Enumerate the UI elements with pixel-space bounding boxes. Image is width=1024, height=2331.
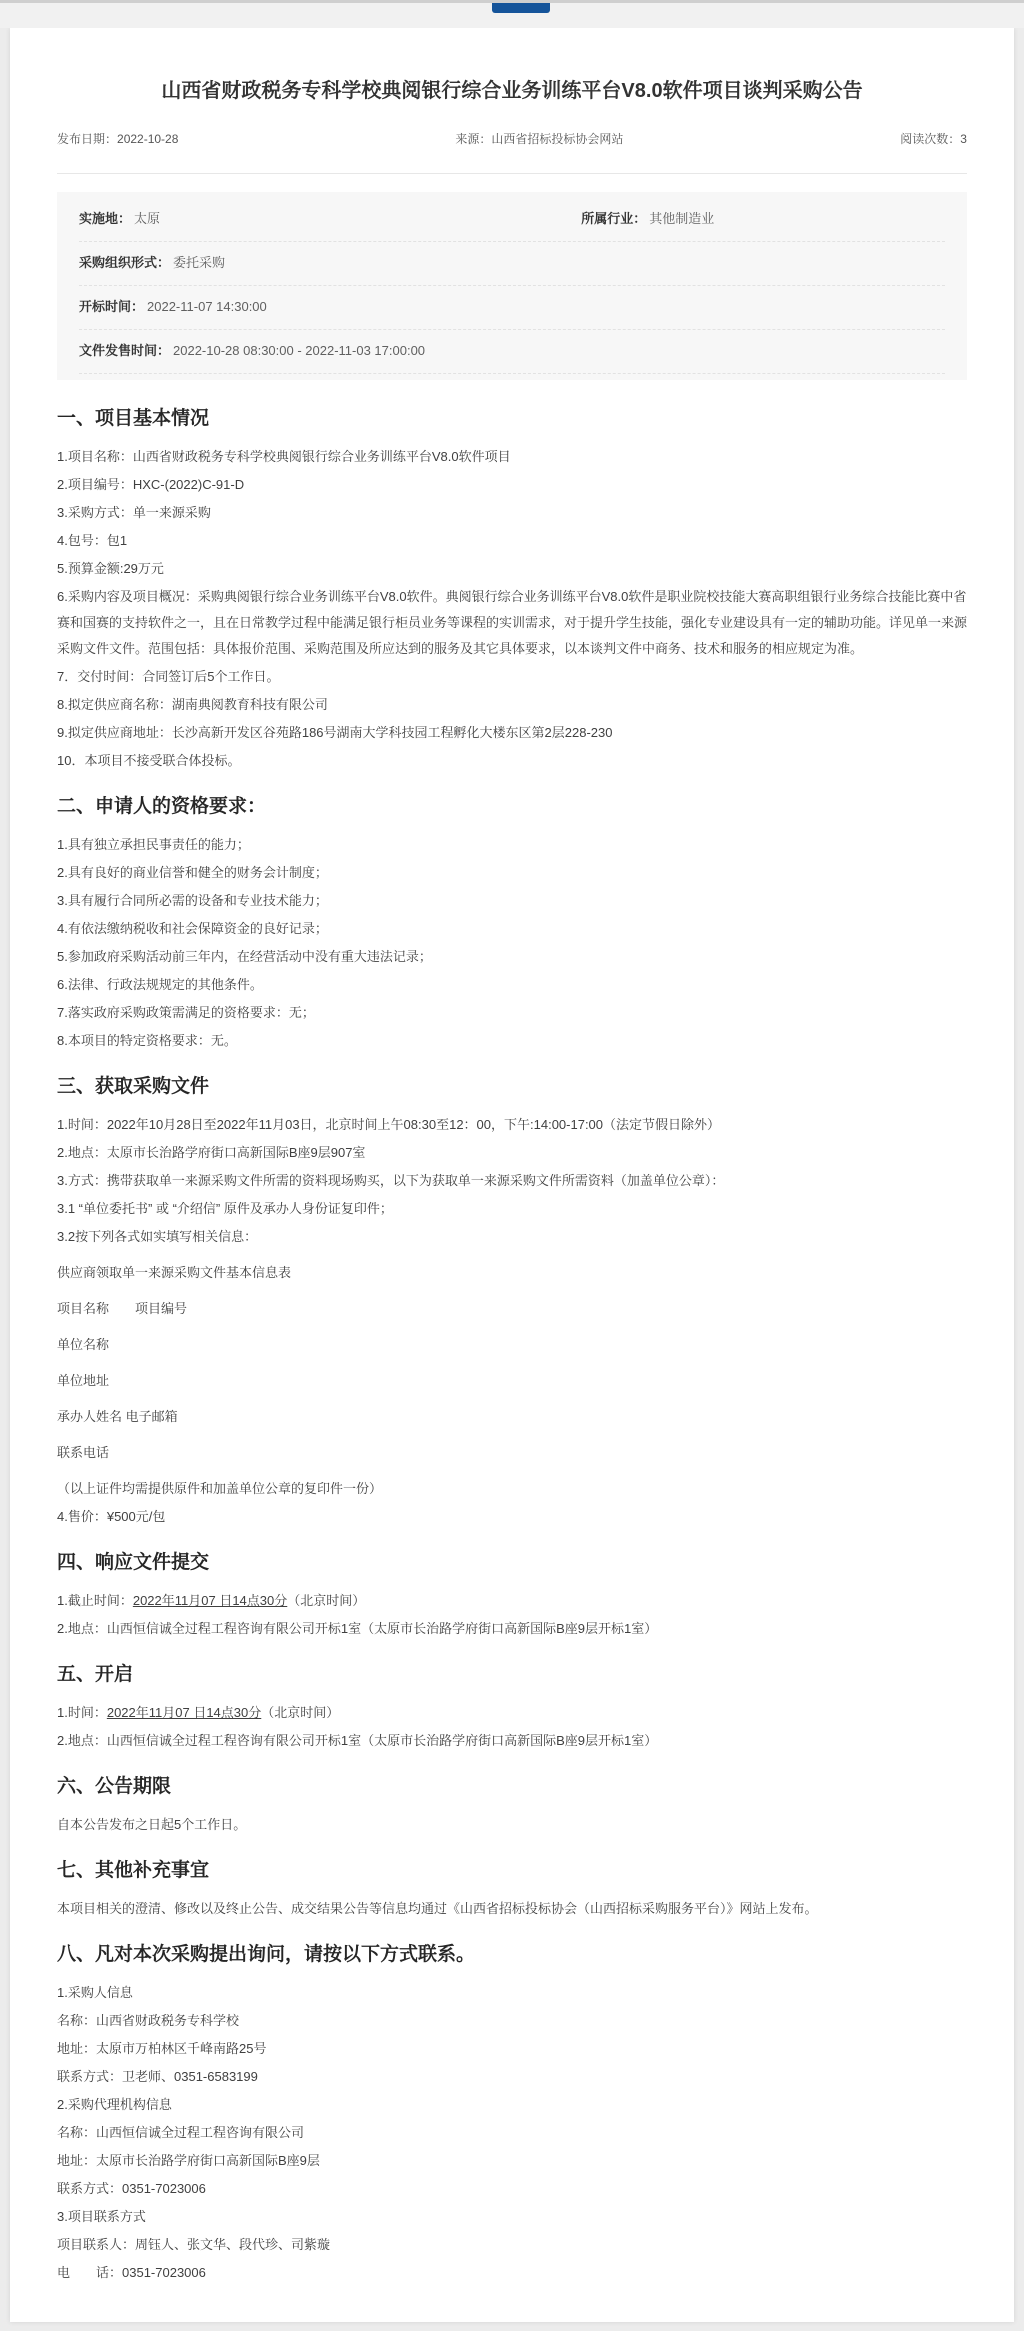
paragraph: 地址：太原市长治路学府街口高新国际B座9层 xyxy=(57,2148,967,2174)
page-title: 山西省财政税务专科学校典阅银行综合业务训练平台V8.0软件项目谈判采购公告 xyxy=(57,58,967,106)
paragraph: 9.拟定供应商地址：长沙高新开发区谷苑路186号湖南大学科技园工程孵化大楼东区第… xyxy=(57,720,967,746)
view-count-label: 阅读次数： xyxy=(900,132,960,146)
publish-date: 发布日期：2022-10-28 xyxy=(57,130,178,147)
form-row: 单位名称 xyxy=(57,1332,967,1358)
text-segment: （北京时间） xyxy=(287,1593,365,1608)
form-row: 项目名称 项目编号 xyxy=(57,1296,967,1322)
source-label: 来源： xyxy=(455,132,491,146)
paragraph: 8.拟定供应商名称：湖南典阅教育科技有限公司 xyxy=(57,692,967,718)
info-row-site-industry: 实施地：太原 所属行业：其他制造业 xyxy=(79,198,945,242)
form-row: 联系电话 xyxy=(57,1440,967,1466)
form-row: 承办人姓名 电子邮箱 xyxy=(57,1404,967,1430)
paragraph: 联系方式：0351-7023006 xyxy=(57,2176,967,2202)
bid-opening-time-label: 开标时间： xyxy=(79,299,144,314)
text-segment: （北京时间） xyxy=(261,1705,339,1720)
paragraph: 1.项目名称：山西省财政税务专科学校典阅银行综合业务训练平台V8.0软件项目 xyxy=(57,444,967,470)
underlined-text: 2022年11月07 日14点30分 xyxy=(107,1705,261,1720)
section-heading: 六、公告期限 xyxy=(57,1774,967,1800)
implementation-site: 实施地：太原 xyxy=(79,210,581,228)
section-heading: 二、申请人的资格要求： xyxy=(57,794,967,820)
source: 来源：山西省招标投标协会网站 xyxy=(455,130,623,147)
meta-row: 发布日期：2022-10-28 来源：山西省招标投标协会网站 阅读次数：3 xyxy=(57,130,967,147)
paragraph: 5.参加政府采购活动前三年内，在经营活动中没有重大违法记录； xyxy=(57,944,967,970)
publish-date-label: 发布日期： xyxy=(57,132,117,146)
paragraph: （以上证件均需提供原件和加盖单位公章的复印件一份） xyxy=(57,1476,967,1502)
industry: 所属行业：其他制造业 xyxy=(581,210,945,228)
section-heading: 八、凡对本次采购提出询问，请按以下方式联系。 xyxy=(57,1942,967,1968)
paragraph: 2.采购代理机构信息 xyxy=(57,2092,967,2118)
source-value: 山西省招标投标协会网站 xyxy=(491,132,623,146)
paragraph: 1.时间：2022年10月28日至2022年11月03日，北京时间上午08:30… xyxy=(57,1112,967,1138)
section-heading: 一、项目基本情况 xyxy=(57,406,967,432)
org-form: 采购组织形式：委托采购 xyxy=(79,254,225,272)
paragraph: 1.截止时间：2022年11月07 日14点30分（北京时间） xyxy=(57,1588,967,1614)
paragraph: 2.具有良好的商业信誉和健全的财务会计制度； xyxy=(57,860,967,886)
paragraph: 2.项目编号：HXC-(2022)C-91-D xyxy=(57,472,967,498)
industry-label: 所属行业： xyxy=(581,211,646,226)
paragraph: 1.时间：2022年11月07 日14点30分（北京时间） xyxy=(57,1700,967,1726)
info-box: 实施地：太原 所属行业：其他制造业 采购组织形式：委托采购 开标时间：2022-… xyxy=(57,192,967,380)
paragraph: 4.售价：¥500元/包 xyxy=(57,1504,967,1530)
implementation-site-label: 实施地： xyxy=(79,211,131,226)
document-body: 一、项目基本情况1.项目名称：山西省财政税务专科学校典阅银行综合业务训练平台V8… xyxy=(57,406,967,2286)
paragraph: 7．交付时间：合同签订后5个工作日。 xyxy=(57,664,967,690)
paragraph: 电 话：0351-7023006 xyxy=(57,2260,967,2286)
paragraph: 3.项目联系方式 xyxy=(57,2204,967,2230)
paragraph: 2.地点：山西恒信诚全过程工程咨询有限公司开标1室（太原市长治路学府街口高新国际… xyxy=(57,1616,967,1642)
top-strip xyxy=(0,0,1024,28)
paragraph: 5.预算金额:29万元 xyxy=(57,556,967,582)
text-segment: 1.时间： xyxy=(57,1705,107,1720)
paragraph: 4.包号：包1 xyxy=(57,528,967,554)
paragraph: 名称：山西省财政税务专科学校 xyxy=(57,2008,967,2034)
doc-sale-time: 文件发售时间：2022-10-28 08:30:00 - 2022-11-03 … xyxy=(79,342,425,360)
divider xyxy=(57,173,967,174)
paragraph: 自本公告发布之日起5个工作日。 xyxy=(57,1812,967,1838)
text-segment: 1.截止时间： xyxy=(57,1593,133,1608)
org-form-label: 采购组织形式： xyxy=(79,255,170,270)
paragraph: 7.落实政府采购政策需满足的资格要求：无； xyxy=(57,1000,967,1026)
paragraph: 2.地点：太原市长治路学府街口高新国际B座9层907室 xyxy=(57,1140,967,1166)
paragraph: 3.具有履行合同所必需的设备和专业技术能力； xyxy=(57,888,967,914)
bid-opening-time: 开标时间：2022-11-07 14:30:00 xyxy=(79,298,267,316)
view-count: 阅读次数：3 xyxy=(900,130,967,147)
form-row: 供应商领取单一来源采购文件基本信息表 xyxy=(57,1260,967,1286)
paragraph: 3.1 “单位委托书” 或 “介绍信” 原件及承办人身份证复印件； xyxy=(57,1196,967,1222)
paragraph: 8.本项目的特定资格要求：无。 xyxy=(57,1028,967,1054)
paragraph: 本项目相关的澄清、修改以及终止公告、成交结果公告等信息均通过《山西省招标投标协会… xyxy=(57,1896,967,1922)
info-row-bid-opening: 开标时间：2022-11-07 14:30:00 xyxy=(79,286,945,330)
info-row-doc-sale: 文件发售时间：2022-10-28 08:30:00 - 2022-11-03 … xyxy=(79,330,945,374)
paragraph: 名称：山西恒信诚全过程工程咨询有限公司 xyxy=(57,2120,967,2146)
publish-date-value: 2022-10-28 xyxy=(117,132,178,146)
underlined-text: 2022年11月07 日14点30分 xyxy=(133,1593,287,1608)
top-nav-tab[interactable] xyxy=(492,3,550,13)
implementation-site-value: 太原 xyxy=(134,211,160,226)
section-heading: 五、开启 xyxy=(57,1662,967,1688)
section-heading: 三、获取采购文件 xyxy=(57,1074,967,1100)
paragraph: 联系方式：卫老师、0351-6583199 xyxy=(57,2064,967,2090)
paragraph: 2.地点：山西恒信诚全过程工程咨询有限公司开标1室（太原市长治路学府街口高新国际… xyxy=(57,1728,967,1754)
paragraph: 3.方式：携带获取单一来源采购文件所需的资料现场购买，以下为获取单一来源采购文件… xyxy=(57,1168,967,1194)
paragraph: 1.采购人信息 xyxy=(57,1980,967,2006)
paragraph: 地址：太原市万柏林区千峰南路25号 xyxy=(57,2036,967,2062)
paragraph: 6.采购内容及项目概况：采购典阅银行综合业务训练平台V8.0软件。典阅银行综合业… xyxy=(57,584,967,662)
announcement-card: 山西省财政税务专科学校典阅银行综合业务训练平台V8.0软件项目谈判采购公告 发布… xyxy=(10,28,1014,2322)
org-form-value: 委托采购 xyxy=(173,255,225,270)
bid-opening-time-value: 2022-11-07 14:30:00 xyxy=(147,299,267,314)
paragraph: 10．本项目不接受联合体投标。 xyxy=(57,748,967,774)
industry-value: 其他制造业 xyxy=(649,211,714,226)
view-count-value: 3 xyxy=(960,132,967,146)
paragraph: 6.法律、行政法规规定的其他条件。 xyxy=(57,972,967,998)
doc-sale-time-value: 2022-10-28 08:30:00 - 2022-11-03 17:00:0… xyxy=(173,343,425,358)
doc-sale-time-label: 文件发售时间： xyxy=(79,343,170,358)
section-heading: 七、其他补充事宜 xyxy=(57,1858,967,1884)
form-row: 单位地址 xyxy=(57,1368,967,1394)
paragraph: 项目联系人：周钰人、张文华、段代珍、司紫璇 xyxy=(57,2232,967,2258)
info-row-org-form: 采购组织形式：委托采购 xyxy=(79,242,945,286)
paragraph: 4.有依法缴纳税收和社会保障资金的良好记录； xyxy=(57,916,967,942)
paragraph: 1.具有独立承担民事责任的能力； xyxy=(57,832,967,858)
paragraph: 3.采购方式：单一来源采购 xyxy=(57,500,967,526)
section-heading: 四、响应文件提交 xyxy=(57,1550,967,1576)
paragraph: 3.2按下列各式如实填写相关信息： xyxy=(57,1224,967,1250)
